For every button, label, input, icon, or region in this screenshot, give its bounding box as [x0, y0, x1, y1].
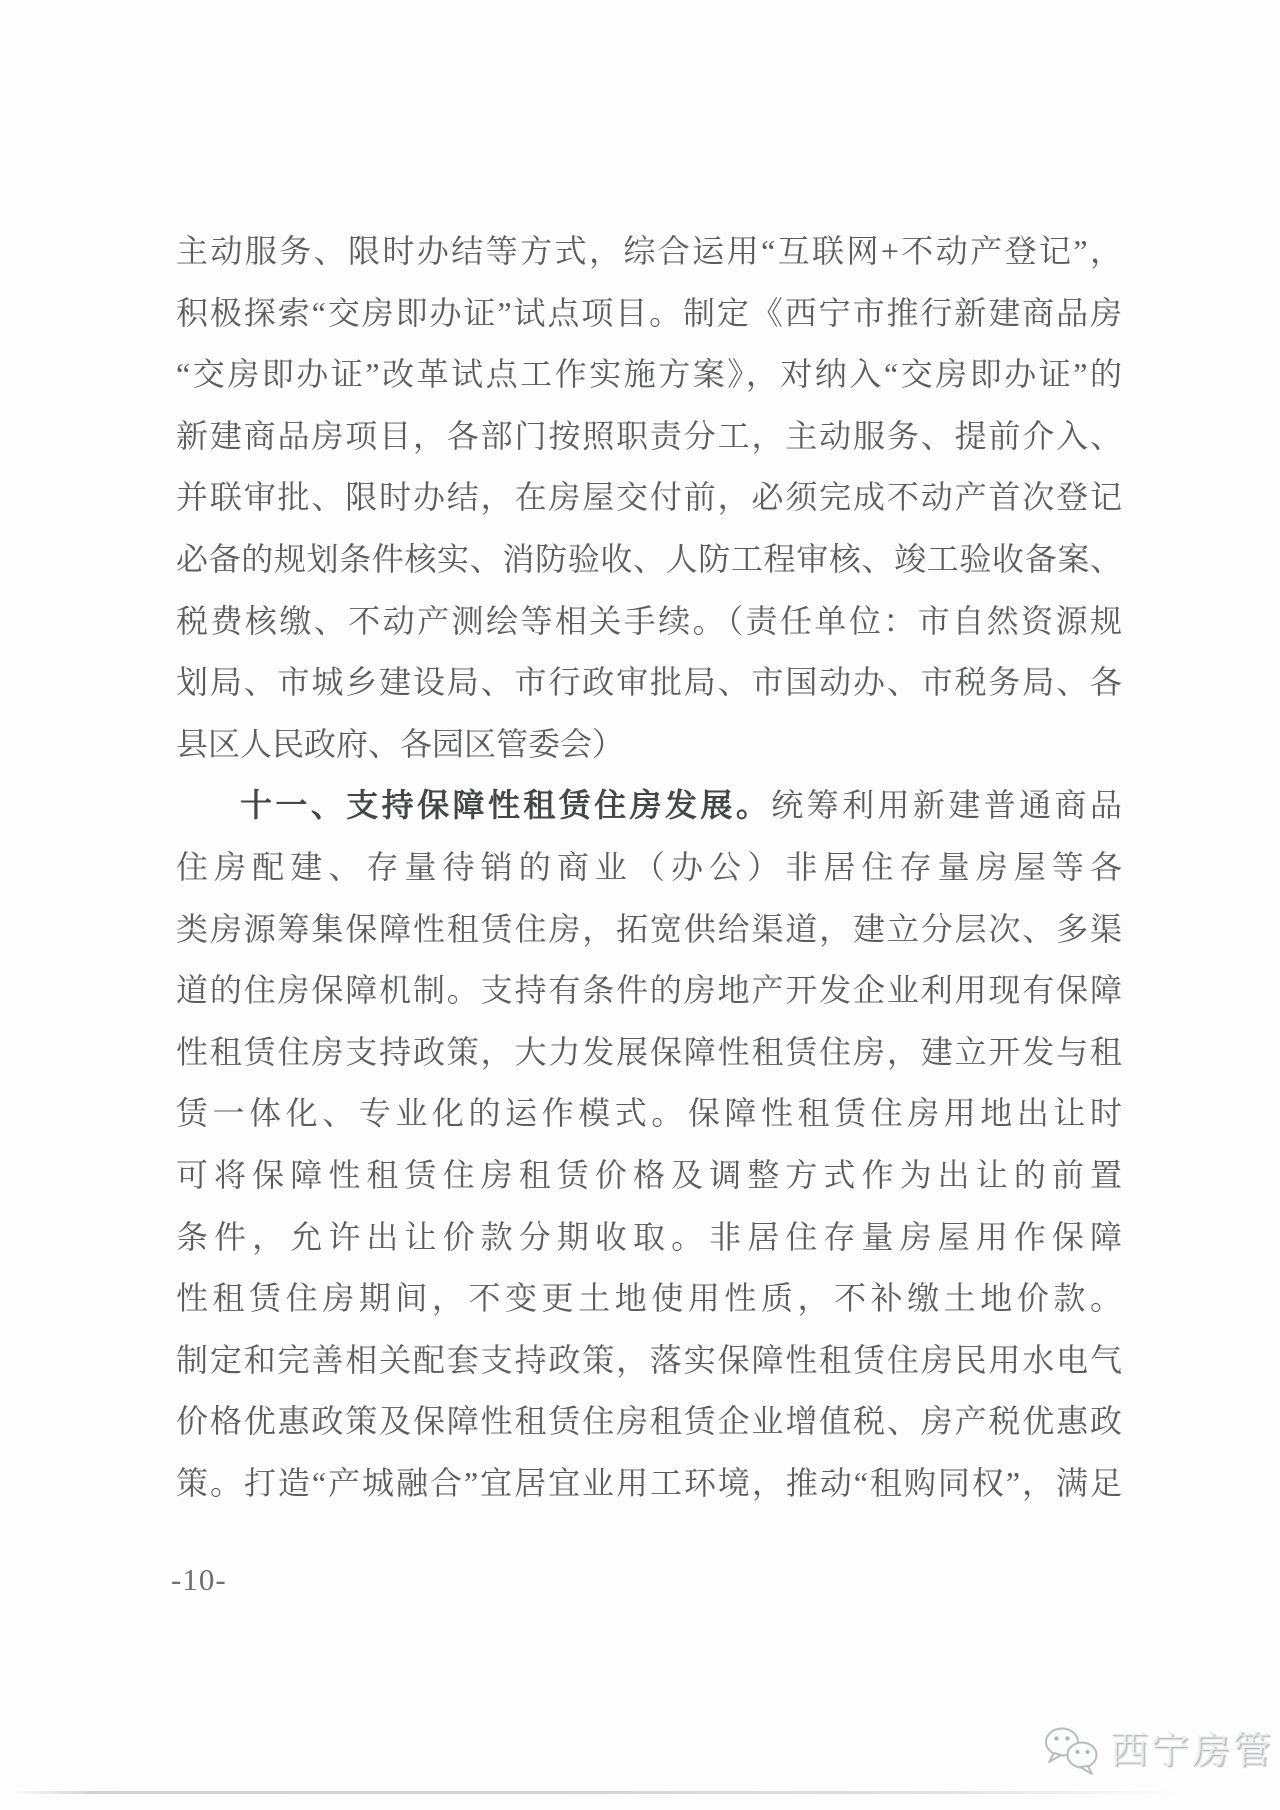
- document-body: 主动服务、限时办结等方式，综合运用“互联网+不动产登记”， 积极探索“交房即办证…: [176, 221, 1122, 1514]
- document-page: 主动服务、限时办结等方式，综合运用“互联网+不动产登记”， 积极探索“交房即办证…: [0, 0, 1280, 1810]
- section-11-lead-text: 统筹利用新建普通商品: [771, 787, 1122, 823]
- body-line: 住房配建、存量待销的商业（办公）非居住存量房屋等各: [176, 837, 1122, 899]
- body-line: 制定和完善相关配套支持政策，落实保障性租赁住房民用水电气: [176, 1330, 1122, 1392]
- body-line: 税费核缴、不动产测绘等相关手续。（责任单位：市自然资源规: [176, 591, 1122, 653]
- body-line: “交房即办证”改革试点工作实施方案》，对纳入“交房即办证”的: [176, 344, 1122, 406]
- body-line: 新建商品房项目，各部门按照职责分工，主动服务、提前介入、: [176, 406, 1122, 468]
- body-line: 性租赁住房期间，不变更土地使用性质，不补缴土地价款。: [176, 1268, 1122, 1330]
- body-line: 划局、市城乡建设局、市行政审批局、市国动办、市税务局、各: [176, 652, 1122, 714]
- section-11-heading: 十一、支持保障性租赁住房发展。: [240, 787, 771, 823]
- body-line: 并联审批、限时办结，在房屋交付前，必须完成不动产首次登记: [176, 467, 1122, 529]
- scan-artifact-line: [12, 1791, 1184, 1794]
- brand-watermark: 西宁房管: [1042, 1724, 1274, 1778]
- page-number: -10-: [171, 1563, 227, 1597]
- body-line: 价格优惠政策及保障性租赁住房租赁企业增值税、房产税优惠政: [176, 1391, 1122, 1453]
- body-line: 性租赁住房支持政策，大力发展保障性租赁住房，建立开发与租: [176, 1022, 1122, 1084]
- body-line: 策。打造“产城融合”宜居宜业用工环境，推动“租购同权”，满足: [176, 1453, 1122, 1515]
- body-line: 积极探索“交房即办证”试点项目。制定《西宁市推行新建商品房: [176, 283, 1122, 345]
- body-line: 必备的规划条件核实、消防验收、人防工程审核、竣工验收备案、: [176, 529, 1122, 591]
- body-line: 道的住房保障机制。支持有条件的房地产开发企业利用现有保障: [176, 960, 1122, 1022]
- wechat-icon: [1042, 1724, 1104, 1778]
- body-line: 县区人民政府、各园区管委会）: [176, 714, 1122, 776]
- brand-watermark-text: 西宁房管: [1110, 1725, 1274, 1777]
- body-line: 赁一体化、专业化的运作模式。保障性租赁住房用地出让时: [176, 1083, 1122, 1145]
- body-line: 主动服务、限时办结等方式，综合运用“互联网+不动产登记”，: [176, 221, 1122, 283]
- body-line: 类房源筹集保障性租赁住房，拓宽供给渠道，建立分层次、多渠: [176, 899, 1122, 961]
- body-line: 条件，允许出让价款分期收取。非居住存量房屋用作保障: [176, 1207, 1122, 1269]
- section-11-heading-line: 十一、支持保障性租赁住房发展。统筹利用新建普通商品: [176, 775, 1122, 837]
- body-line: 可将保障性租赁住房租赁价格及调整方式作为出让的前置: [176, 1145, 1122, 1207]
